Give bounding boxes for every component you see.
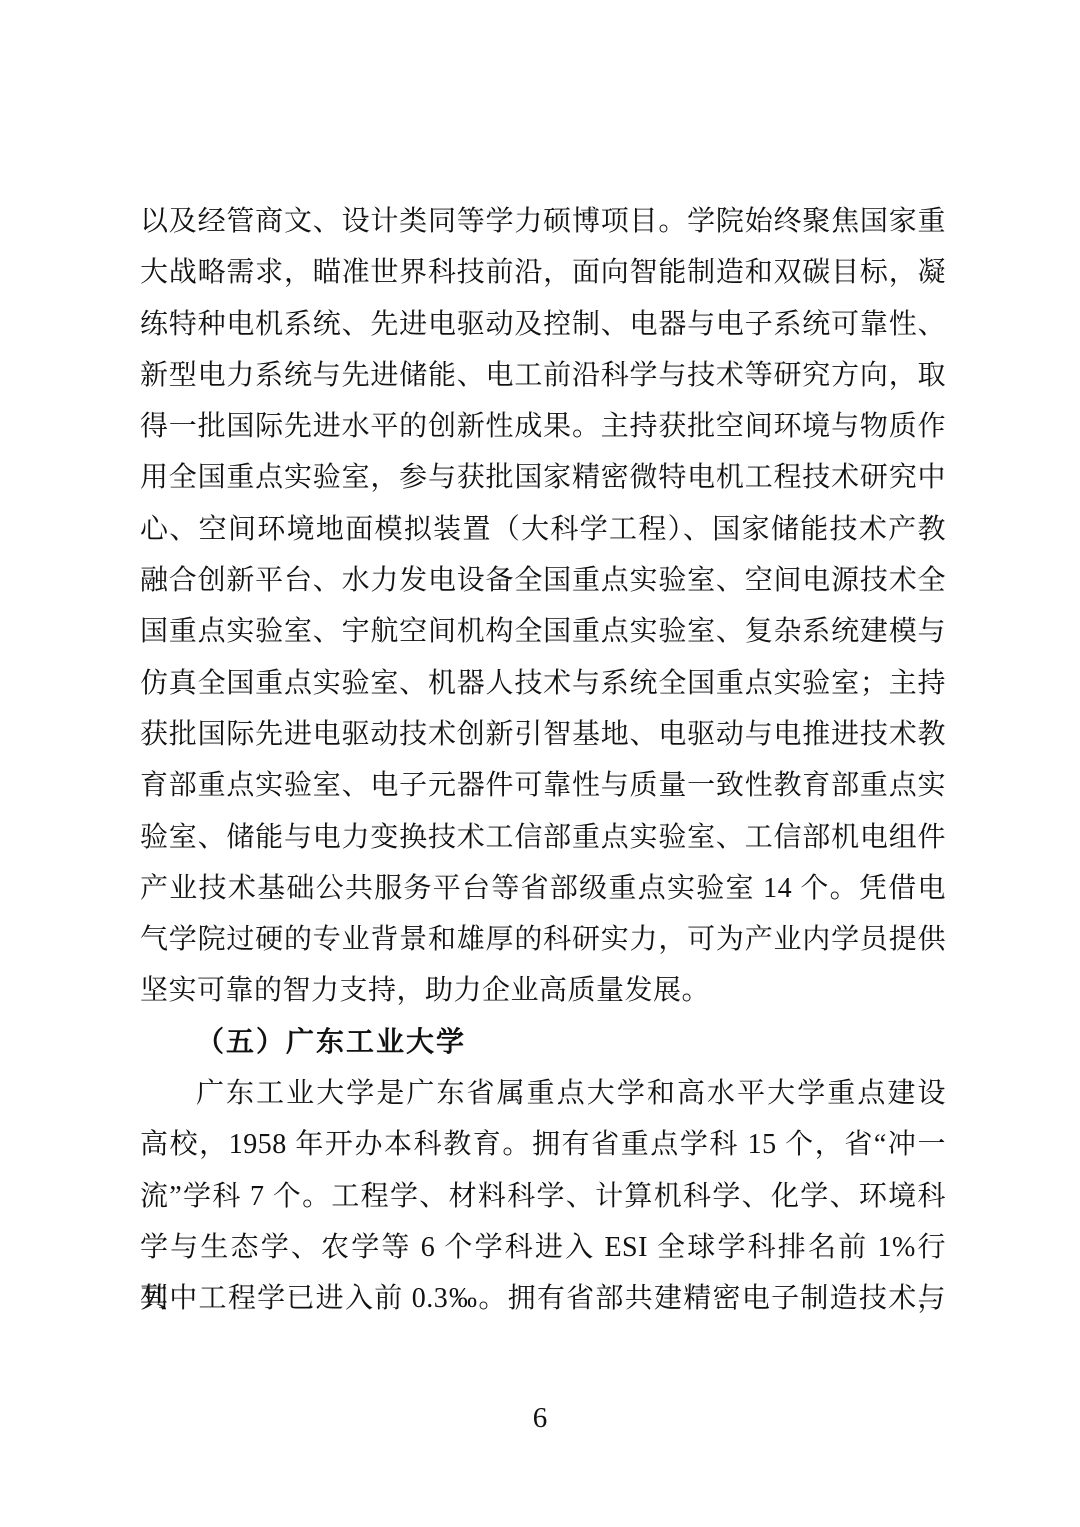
text-line: 高校，1958 年开办本科教育。拥有省重点学科 15 个，省“冲一: [140, 1119, 946, 1170]
text-line: 融合创新平台、水力发电设备全国重点实验室、空间电源技术全: [140, 555, 946, 606]
text-line: 心、空间环境地面模拟装置（大科学工程）、国家储能技术产教: [140, 504, 946, 555]
text-line: 国重点实验室、宇航空间机构全国重点实验室、复杂系统建模与: [140, 606, 946, 657]
text-line: 学与生态学、农学等 6 个学科进入 ESI 全球学科排名前 1%行列，: [140, 1222, 946, 1273]
text-line: 获批国际先进电驱动技术创新引智基地、电驱动与电推进技术教: [140, 709, 946, 760]
text-line: 验室、储能与电力变换技术工信部重点实验室、工信部机电组件: [140, 812, 946, 863]
document-page: 以及经管商文、设计类同等学力硕博项目。学院始终聚焦国家重 大战略需求，瞄准世界科…: [0, 0, 1080, 1527]
text-line: 广东工业大学是广东省属重点大学和高水平大学重点建设: [140, 1068, 946, 1119]
text-line: 以及经管商文、设计类同等学力硕博项目。学院始终聚焦国家重: [140, 196, 946, 247]
text-line: 得一批国际先进水平的创新性成果。主持获批空间环境与物质作: [140, 401, 946, 452]
text-line: 气学院过硬的专业背景和雄厚的科研实力，可为产业内学员提供: [140, 914, 946, 965]
text-line: 练特种电机系统、先进电驱动及控制、电器与电子系统可靠性、: [140, 299, 946, 350]
text-line: 产业技术基础公共服务平台等省部级重点实验室 14 个。凭借电: [140, 863, 946, 914]
text-line: 用全国重点实验室，参与获批国家精密微特电机工程技术研究中: [140, 452, 946, 503]
text-line: 育部重点实验室、电子元器件可靠性与质量一致性教育部重点实: [140, 760, 946, 811]
text-line: 其中工程学已进入前 0.3‰。拥有省部共建精密电子制造技术与: [140, 1273, 946, 1324]
text-line: 大战略需求，瞄准世界科技前沿，面向智能制造和双碳目标，凝: [140, 247, 946, 298]
text-line: 坚实可靠的智力支持，助力企业高质量发展。: [140, 965, 946, 1016]
text-block: 以及经管商文、设计类同等学力硕博项目。学院始终聚焦国家重 大战略需求，瞄准世界科…: [140, 196, 946, 1325]
page-number: 6: [0, 1402, 1080, 1435]
text-line: 流”学科 7 个。工程学、材料科学、计算机科学、化学、环境科: [140, 1171, 946, 1222]
text-line: 仿真全国重点实验室、机器人技术与系统全国重点实验室；主持: [140, 658, 946, 709]
section-heading: （五）广东工业大学: [140, 1017, 946, 1068]
text-line: 新型电力系统与先进储能、电工前沿科学与技术等研究方向，取: [140, 350, 946, 401]
